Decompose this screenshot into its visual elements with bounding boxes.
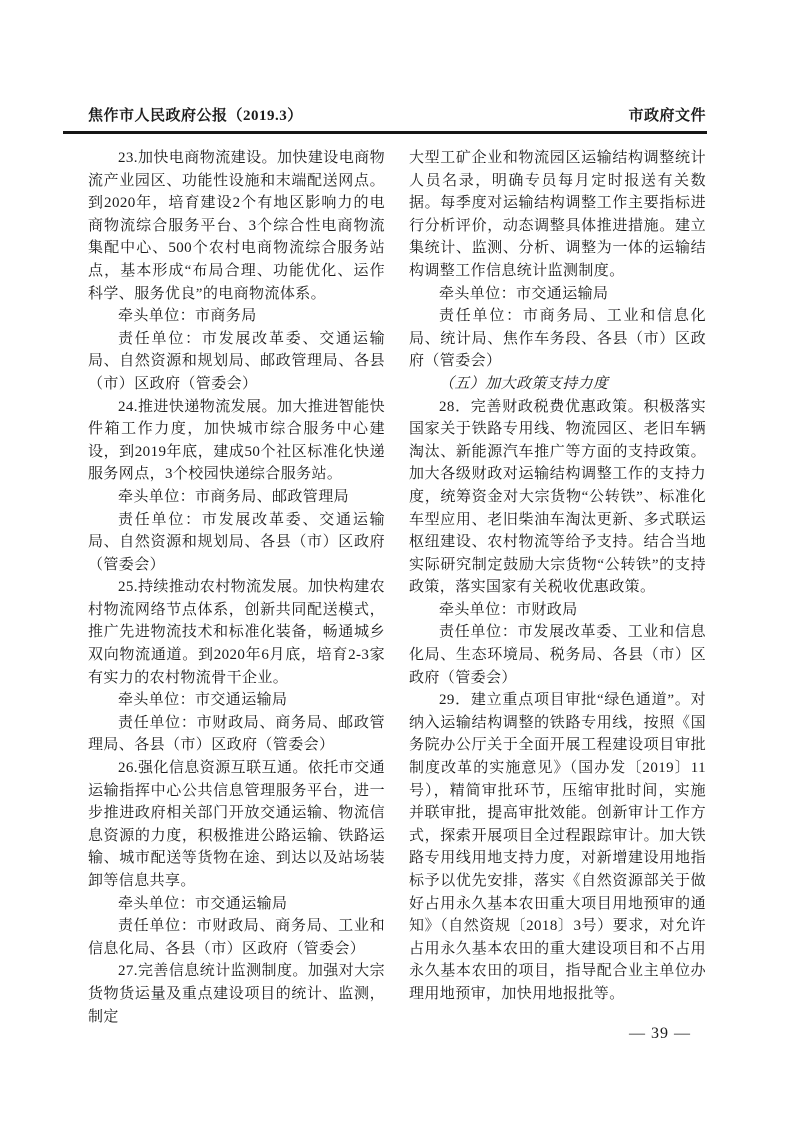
paragraph-item-24: 24.推进快递物流发展。加大推进智能快件箱工作力度，加快城市综合服务中心建设，到…	[88, 396, 385, 486]
lead-unit-line: 牵头单位：市商务局	[88, 305, 385, 328]
header-gazette-title: 焦作市人民政府公报（2019.3）	[88, 104, 303, 125]
paragraph-item-23: 23.加快电商物流建设。加快建设电商物流产业园区、功能性设施和末端配送网点。到2…	[88, 147, 385, 305]
section-heading-5: （五）加大政策支持力度	[409, 373, 706, 396]
paragraph-item-25: 25.持续推动农村物流发展。加快构建农村物流网络节点体系，创新共同配送模式，推广…	[88, 576, 385, 689]
page-number: — 39 —	[605, 1025, 715, 1043]
paragraph-item-29: 29．建立重点项目审批“绿色通道”。对纳入运输结构调整的铁路专用线，按照《国务院…	[409, 689, 706, 1005]
responsible-unit-line: 责任单位：市发展改革委、交通运输局、自然资源和规划局、各县（市）区政府（管委会）	[88, 509, 385, 577]
paragraph-item-27-partial: 27.完善信息统计监测制度。加强对大宗货物货运量及重点建设项目的统计、监测，制定	[88, 960, 385, 1028]
lead-unit-line: 牵头单位：市财政局	[409, 599, 706, 622]
paragraph-item-27-continuation: 大型工矿企业和物流园区运输结构调整统计人员名录，明确专员每月定时报送有关数据。每…	[409, 147, 706, 283]
lead-unit-line: 牵头单位：市交通运输局	[409, 283, 706, 306]
lead-unit-line: 牵头单位：市商务局、邮政管理局	[88, 486, 385, 509]
responsible-unit-line: 责任单位：市财政局、商务局、邮政管理局、各县（市）区政府（管委会）	[88, 712, 385, 757]
responsible-unit-line: 责任单位：市商务局、工业和信息化局、统计局、焦作车务段、各县（市）区政府（管委会…	[409, 305, 706, 373]
paragraph-item-26: 26.强化信息资源互联互通。依托市交通运输指挥中心公共信息管理服务平台，进一步推…	[88, 757, 385, 893]
lead-unit-line: 牵头单位：市交通运输局	[88, 689, 385, 712]
lead-unit-line: 牵头单位：市交通运输局	[88, 893, 385, 916]
right-column: 大型工矿企业和物流园区运输结构调整统计人员名录，明确专员每月定时报送有关数据。每…	[409, 147, 706, 1028]
left-column: 23.加快电商物流建设。加快建设电商物流产业园区、功能性设施和末端配送网点。到2…	[88, 147, 385, 1028]
page-header: 焦作市人民政府公报（2019.3） 市政府文件	[88, 104, 706, 125]
paragraph-item-28: 28．完善财政税费优惠政策。积极落实国家关于铁路专用线、物流园区、老旧车辆淘汰、…	[409, 396, 706, 599]
responsible-unit-line: 责任单位：市发展改革委、工业和信息化局、生态环境局、税务局、各县（市）区政府（管…	[409, 621, 706, 689]
gazette-page: 焦作市人民政府公报（2019.3） 市政府文件 23.加快电商物流建设。加快建设…	[0, 0, 793, 1122]
responsible-unit-line: 责任单位：市发展改革委、交通运输局、自然资源和规划局、邮政管理局、各县（市）区政…	[88, 328, 385, 396]
header-divider-rule	[63, 131, 707, 134]
document-body: 23.加快电商物流建设。加快建设电商物流产业园区、功能性设施和末端配送网点。到2…	[88, 147, 706, 1028]
responsible-unit-line: 责任单位：市财政局、商务局、工业和信息化局、各县（市）区政府（管委会）	[88, 915, 385, 960]
header-section-label: 市政府文件	[628, 104, 706, 125]
